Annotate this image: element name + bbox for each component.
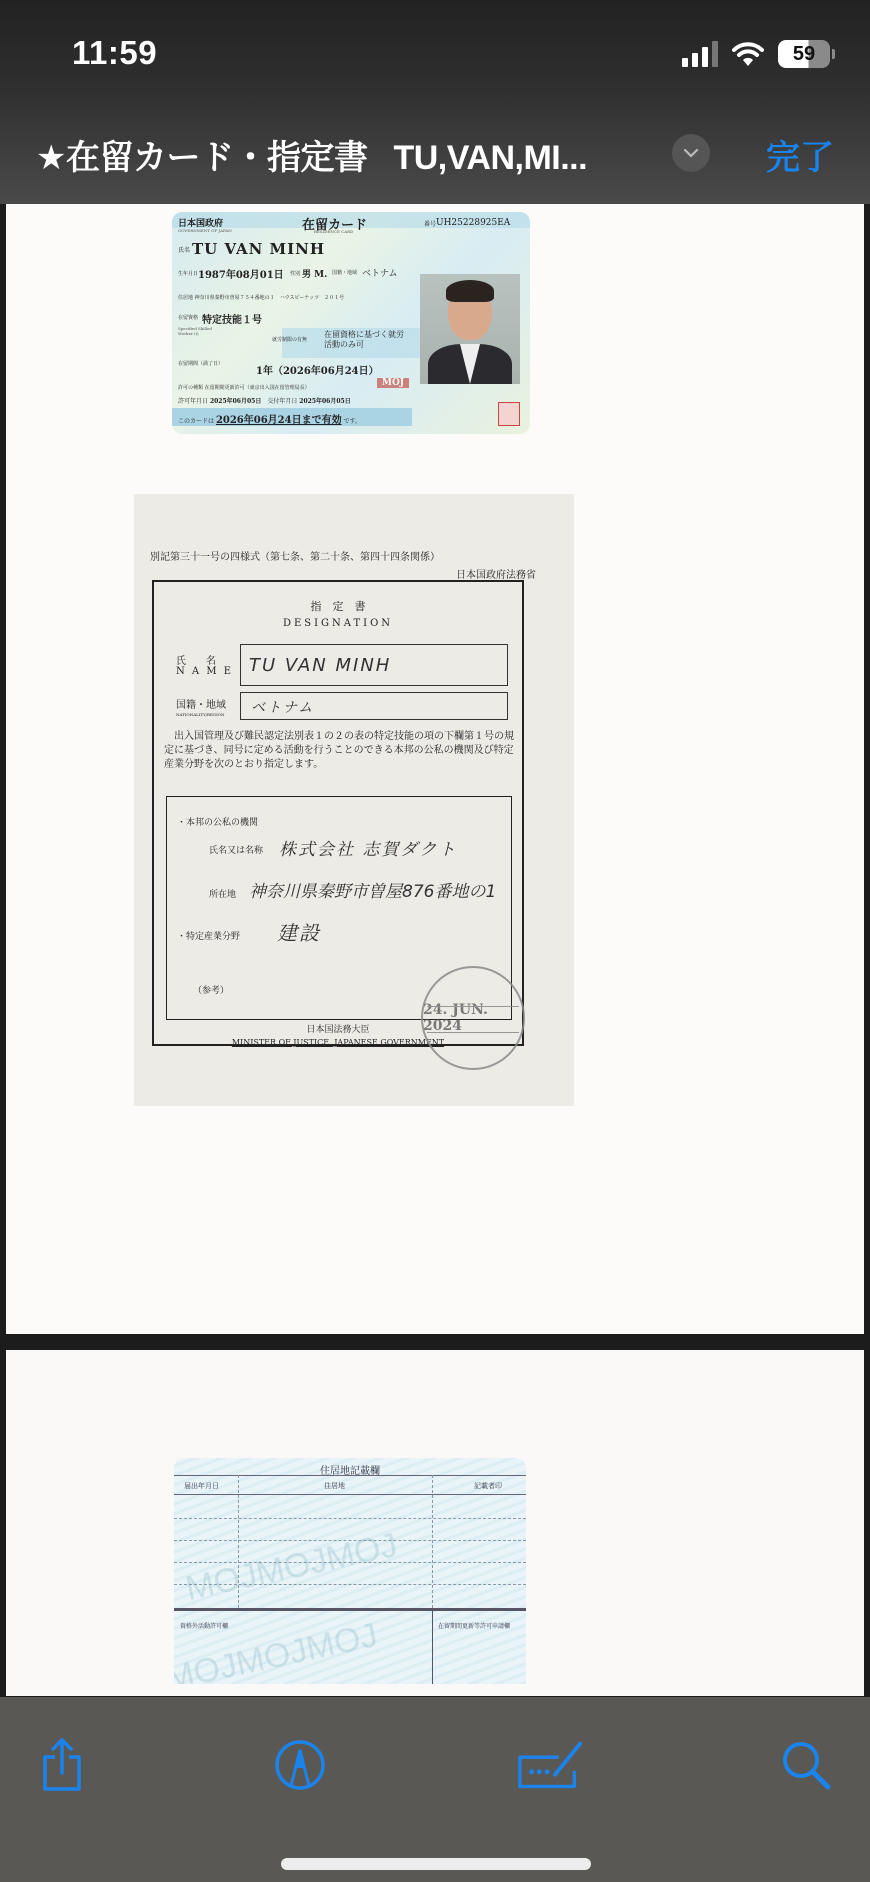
- share-icon: [39, 1737, 85, 1793]
- address-value: 神奈川県秦野市曽屋７５４番地の１ ハウスピーナッツ ２０１号: [195, 295, 345, 301]
- permit-date-row: 許可年月日 2025年06月05日 交付年月日 2025年06月05日: [178, 396, 351, 405]
- org-section-label: ・本邦の公私の機関: [177, 815, 258, 828]
- sex: 男 M.: [302, 267, 327, 280]
- permit-date: 2025年06月05日: [210, 398, 261, 405]
- validity-row: このカードは 2026年06月24日まで有効 です。: [178, 411, 361, 426]
- card-holder-name: TU VAN MINH: [192, 240, 325, 258]
- title-name: TU,VAN,MI...: [393, 139, 587, 177]
- col-address: 住居地: [324, 1481, 345, 1491]
- col-seal: 記載者印: [474, 1481, 502, 1491]
- residence-card-front: 日本国政府 GOVERNMENT OF JAPAN 在留カード RESIDENC…: [172, 212, 530, 434]
- markup-button[interactable]: [270, 1735, 330, 1795]
- validity-date: 2026年06月24日まで有効: [216, 415, 342, 426]
- address: 住居地 神奈川県秦野市曽屋７５４番地の１ ハウスピーナッツ ２０１号: [178, 294, 414, 302]
- form-reference: 別記第三十一号の四様式（第七条、第二十条、第四十四条関係）: [150, 548, 440, 563]
- org-address-label: 所在地: [209, 887, 236, 900]
- reference-label: （参考）: [193, 983, 229, 996]
- status-icons: 59: [682, 40, 830, 68]
- dob-label: 生年月日: [178, 270, 198, 277]
- residence-card-back: MOJMOJMOJ MOJMOJMOJ 住居地記載欄 届出年月日 住居地 記載者…: [174, 1458, 526, 1684]
- card-number-label: 番号: [424, 219, 436, 228]
- holder-photo: [420, 274, 520, 384]
- period-label: 在留期間（満了日）: [178, 360, 223, 367]
- footer-right-label: 在留期間更新等許可申請欄: [438, 1621, 510, 1630]
- watermark: MOJMOJMOJ: [182, 1526, 401, 1609]
- status-label: 在留資格: [178, 314, 198, 321]
- period-of-stay: 1年（2026年06月24日）: [256, 362, 379, 377]
- issue-date-label: 交付年月日: [267, 398, 297, 405]
- search-button[interactable]: [776, 1735, 836, 1795]
- residence-status: 特定技能１号: [202, 311, 262, 326]
- nationality-box: ベトナム: [240, 692, 508, 720]
- name-box: TU VAN MINH: [240, 644, 508, 686]
- chevron-down-icon: [683, 148, 699, 158]
- permit-label: 許可の種類: [178, 385, 203, 391]
- col-date: 届出年月日: [184, 1481, 219, 1491]
- status-time: 11:59: [72, 34, 157, 72]
- work-restriction: 在留資格に基づく就労活動のみ可: [324, 330, 404, 350]
- signature-icon: [516, 1739, 586, 1791]
- work-label: 就労制限の有無: [272, 336, 307, 343]
- sex-label: 性別: [290, 270, 300, 277]
- field-value: 建設: [277, 917, 321, 946]
- title-menu-button[interactable]: [672, 134, 710, 172]
- permit-type: 許可の種類 在留期間更新許可（東京出入国在留管理局長）: [178, 384, 310, 391]
- home-indicator[interactable]: [281, 1858, 591, 1870]
- permit-value: 在留期間更新許可（東京出入国在留管理局長）: [205, 385, 310, 391]
- official-seal: [498, 402, 520, 426]
- header: 11:59 59 ★在留カード・指定書TU,VAN,MI... 完了: [0, 0, 870, 204]
- markup-pen-icon: [273, 1738, 327, 1792]
- org-address-value: 神奈川県秦野市曽屋876番地の1: [249, 877, 496, 902]
- nationality-label-en: NATIONALITY/REGION: [176, 712, 224, 717]
- name-label: 氏名: [178, 245, 190, 254]
- designation-document: 別記第三十一号の四様式（第七条、第二十条、第四十四条関係） 日本国政府法務省 指…: [134, 494, 574, 1106]
- designation-body-text: 出入国管理及び難民認定法別表１の２の表の特定技能の項の下欄第１号の規定に基づき、…: [164, 730, 516, 772]
- designation-title: 指 定 書: [154, 598, 522, 614]
- name-value: TU VAN MINH: [249, 655, 391, 676]
- back-header-row: 届出年月日 住居地 記載者印: [174, 1475, 526, 1495]
- name-label-en: N A M E: [176, 666, 233, 677]
- nationality-value: ベトナム: [251, 697, 314, 717]
- name-label: 氏 名: [176, 652, 216, 667]
- nationality: ベトナム: [362, 266, 398, 279]
- signature-button[interactable]: [516, 1735, 586, 1795]
- battery-level: 59: [793, 43, 815, 66]
- document-title: ★在留カード・指定書TU,VAN,MI...: [36, 130, 587, 179]
- title-prefix: ★在留カード・指定書: [36, 138, 367, 178]
- address-label: 住居地: [178, 295, 193, 301]
- nationality-label: 国籍・地域: [332, 269, 357, 276]
- designation-title-en: DESIGNATION: [154, 618, 522, 629]
- permit-date-label: 許可年月日: [178, 398, 208, 405]
- done-button[interactable]: 完了: [766, 130, 834, 179]
- back-footer: 資格外活動許可欄 在留期間更新等許可申請欄: [174, 1608, 526, 1611]
- moj-badge: MOJ: [377, 378, 409, 388]
- search-icon: [780, 1739, 832, 1791]
- validity-prefix: このカードは: [178, 418, 214, 425]
- share-button[interactable]: [32, 1735, 92, 1795]
- ministry: 日本国政府法務省: [456, 566, 536, 581]
- bottom-toolbar: [0, 1697, 870, 1882]
- status-en: Specified Skilled Worker (i): [178, 326, 218, 336]
- pdf-page-2[interactable]: MOJMOJMOJ MOJMOJMOJ 住居地記載欄 届出年月日 住居地 記載者…: [6, 1350, 864, 1696]
- validity-suffix: です。: [344, 418, 362, 425]
- field-label: ・特定産業分野: [177, 929, 240, 942]
- org-name-value: 株式会社 志賀ダクト: [279, 835, 457, 860]
- battery-icon: 59: [778, 40, 830, 68]
- pdf-page-1[interactable]: 日本国政府 GOVERNMENT OF JAPAN 在留カード RESIDENC…: [6, 204, 864, 1334]
- immigration-stamp: 24. JUN. 2024: [421, 966, 525, 1070]
- date-of-birth: 1987年08月01日: [198, 266, 284, 281]
- org-name-label: 氏名又は名称: [209, 843, 263, 856]
- card-number: UH25228925EA: [436, 218, 510, 228]
- cellular-signal-icon: [682, 41, 718, 67]
- card-title-en: RESIDENCE CARD: [314, 229, 353, 234]
- nationality-label: 国籍・地域: [176, 696, 226, 711]
- card-issuer-en: GOVERNMENT OF JAPAN: [178, 228, 232, 233]
- pdf-viewer-screen: 11:59 59 ★在留カード・指定書TU,VAN,MI... 完了 日本国政府: [0, 0, 870, 1882]
- wifi-icon: [732, 41, 764, 67]
- issue-date: 2025年06月05日: [299, 398, 350, 405]
- footer-left-label: 資格外活動許可欄: [180, 1621, 228, 1630]
